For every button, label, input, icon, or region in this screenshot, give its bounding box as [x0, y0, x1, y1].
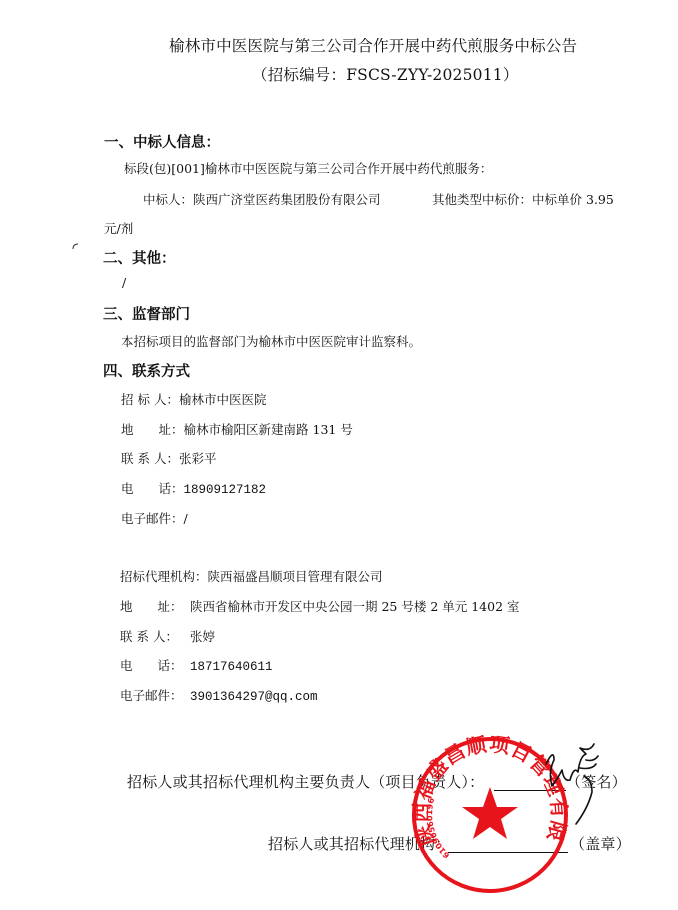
- price-row: 其他类型中标价：中标单价 3.95: [432, 190, 614, 208]
- section-heading-supervision: 三、监督部门: [103, 303, 190, 324]
- field-value: 陕西省榆林市开发区中央公园一期 25 号楼 2 单元 1402 室: [190, 599, 520, 614]
- section-heading-contact: 四、联系方式: [103, 360, 190, 381]
- stray-mark-icon: [72, 243, 80, 249]
- bid-number: （招标编号：FSCS-ZYY-2025011）: [252, 63, 519, 85]
- tenderer-address-row: 地 址：榆林市榆阳区新建南路 131 号: [121, 420, 353, 438]
- agency-email-row: 电子邮件：3901364297@qq.com: [120, 686, 318, 704]
- price-unit: 元/剂: [104, 219, 133, 237]
- tenderer-contact-row: 联 系 人：张彩平: [121, 449, 216, 467]
- agency-row: 招标代理机构：陕西福盛昌顺项目管理有限公司: [120, 567, 383, 585]
- tenderer-phone-row: 电 话：18909127182: [121, 479, 266, 497]
- other-content: /: [122, 275, 126, 290]
- field-label: 电 话：: [120, 656, 190, 674]
- agency-phone-row: 电 话：18717640611: [120, 656, 273, 674]
- field-label: 电 话：: [121, 479, 184, 497]
- field-value: 18909127182: [184, 483, 267, 497]
- field-value: 榆林市中医医院: [179, 392, 267, 407]
- seal-suffix: （盖章）: [570, 833, 631, 854]
- supervision-content: 本招标项目的监督部门为榆林市中医医院审计监察科。: [121, 332, 421, 350]
- field-label: 联 系 人：: [121, 449, 179, 467]
- field-label: 招 标 人：: [121, 390, 179, 408]
- field-value: 18717640611: [190, 660, 273, 674]
- field-value: /: [184, 511, 188, 526]
- svg-text:61090560196: 61090560196: [425, 797, 451, 860]
- agency-contact-row: 联 系 人：张婷: [120, 627, 215, 645]
- tenderer-name-row: 招 标 人：榆林市中医医院: [121, 390, 266, 408]
- winner-name: 陕西广济堂医药集团股份有限公司: [193, 192, 381, 207]
- field-value: 榆林市榆阳区新建南路 131 号: [184, 422, 353, 437]
- field-label: 地 址：: [121, 420, 184, 438]
- price-value: 中标单价 3.95: [532, 192, 614, 207]
- lot-description: 标段(包)[001]榆林市中医医院与第三公司合作开展中药代煎服务：: [124, 159, 492, 177]
- field-value: 张彩平: [179, 451, 217, 466]
- winner-label: 中标人：: [143, 192, 193, 207]
- handwritten-signature-icon: [540, 742, 610, 832]
- document-title: 榆林市中医医院与第三公司合作开展中药代煎服务中标公告: [169, 34, 577, 56]
- tenderer-email-row: 电子邮件：/: [121, 509, 188, 527]
- field-value: 3901364297@qq.com: [190, 690, 318, 704]
- field-value: 张婷: [190, 629, 215, 644]
- field-label: 地 址：: [120, 597, 190, 615]
- section-heading-winner: 一、中标人信息：: [104, 131, 220, 152]
- winner-row: 中标人：陕西广济堂医药集团股份有限公司: [143, 190, 381, 208]
- agency-label: 招标代理机构：: [120, 569, 208, 584]
- field-label: 电子邮件：: [121, 509, 184, 527]
- field-label: 联 系 人：: [120, 627, 190, 645]
- agency-name: 陕西福盛昌顺项目管理有限公司: [208, 569, 383, 584]
- section-heading-other: 二、其他：: [103, 247, 176, 268]
- field-label: 电子邮件：: [120, 686, 190, 704]
- agency-address-row: 地 址：陕西省榆林市开发区中央公园一期 25 号楼 2 单元 1402 室: [120, 597, 520, 615]
- price-label: 其他类型中标价：: [432, 192, 532, 207]
